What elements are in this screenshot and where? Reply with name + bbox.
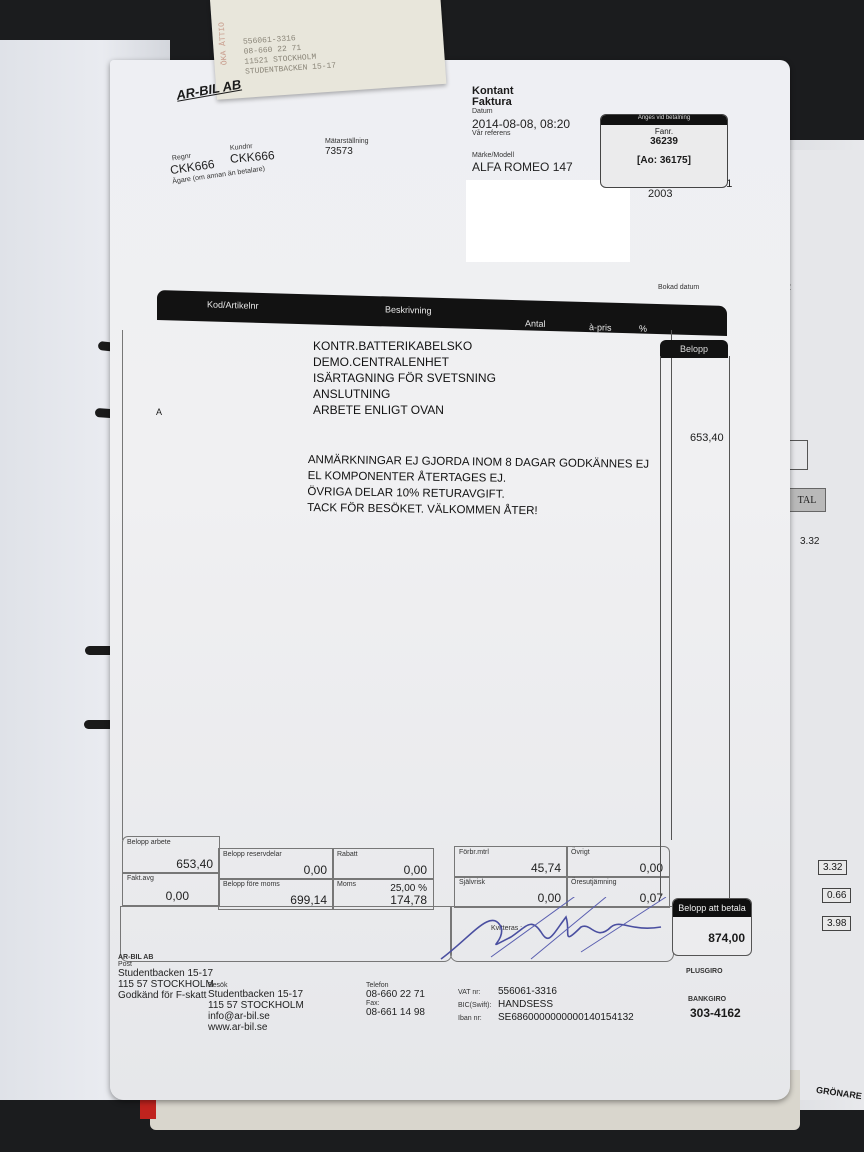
post-label: Post xyxy=(118,961,214,968)
ovrigt-label: Övrigt xyxy=(571,849,590,856)
bg-stamp: GRÖNARE xyxy=(816,1085,863,1101)
fakt-avg-cell: Fakt.avg 0,00 xyxy=(122,872,220,906)
footer-besok: Besök Studentbacken 15-17 115 57 STOCKHO… xyxy=(208,982,304,1033)
belopp-fore-moms-label: Belopp före moms xyxy=(223,881,280,888)
matarstallning-value: 73573 xyxy=(325,146,353,157)
post-line: Studentbacken 15-17 xyxy=(118,968,214,979)
rabatt-cell: Rabatt 0,00 xyxy=(332,848,434,880)
belopp-fore-moms-value: 699,14 xyxy=(290,893,327,907)
footer-bank: VAT nr:556061-3316 BIC(Swift):HANDSESS I… xyxy=(458,986,634,1025)
post-line: 115 57 STOCKHOLM xyxy=(118,979,214,990)
col-kod: Kod/Artikelnr xyxy=(207,299,259,310)
datum-label: Datum xyxy=(472,108,493,115)
besok-line: Studentbacken 15-17 xyxy=(208,989,304,1000)
ovrigt-cell: Övrigt 0,00 xyxy=(566,846,670,878)
besok-line: 115 57 STOCKHOLM xyxy=(208,1000,304,1011)
row-code: A xyxy=(156,407,162,417)
doc-type: Kontant Faktura xyxy=(472,86,514,108)
fanr-header: Anges vid betalning xyxy=(601,115,727,125)
belopp-arbete-label: Belopp arbete xyxy=(127,839,171,846)
col-beskrivning: Beskrivning xyxy=(385,304,432,315)
footer-email[interactable]: info@ar-bil.se xyxy=(208,1011,304,1022)
fax-value: 08-661 14 98 xyxy=(366,1007,425,1018)
fax-label: Fax: xyxy=(366,1000,425,1007)
fakt-avg-value: 0,00 xyxy=(166,889,189,903)
bg-value: 3.32 xyxy=(818,860,847,875)
post-line: Godkänd för F-skatt xyxy=(118,990,214,1001)
belopp-reservdelar-label: Belopp reservdelar xyxy=(223,851,282,858)
marke-value: ALFA ROMEO 147 xyxy=(472,160,573,174)
datum-value: 2014-08-08, 08:20 xyxy=(472,117,570,131)
belopp-reservdelar-cell: Belopp reservdelar 0,00 xyxy=(218,848,334,880)
fanr-box: Anges vid betalning Fanr. 36239 [Ao: 361… xyxy=(600,114,728,188)
rabatt-value: 0,00 xyxy=(404,863,427,877)
belopp-att-betala-value: 874,00 xyxy=(673,917,751,945)
belopp-arbete-value: 653,40 xyxy=(176,857,213,871)
iban-label: Iban nr: xyxy=(458,1013,498,1025)
description-line: ANSLUTNING xyxy=(313,386,496,402)
belopp-reservdelar-value: 0,00 xyxy=(304,863,327,877)
signature xyxy=(431,897,671,967)
bic-value: HANDSESS xyxy=(498,999,553,1010)
belopp-att-betala-box: Belopp att betala 874,00 xyxy=(672,898,752,956)
matarstallning-label: Mätarställning xyxy=(325,138,369,145)
bokad-datum-label: Bokad datum xyxy=(658,284,699,291)
bankgiro-value: 303-4162 xyxy=(690,1006,741,1020)
fakt-avg-label: Fakt.avg xyxy=(127,875,154,882)
description-line: DEMO.CENTRALENHET xyxy=(313,354,496,370)
marke-label: Märke/Modell xyxy=(472,152,514,159)
description-line: ARBETE ENLIGT OVAN xyxy=(313,402,496,418)
rabatt-label: Rabatt xyxy=(337,851,358,858)
signature-box: Kvitteras : xyxy=(450,906,674,962)
oresutjamning-label: Öresutjämning xyxy=(571,879,617,886)
vat-value: 556061-3316 xyxy=(498,986,557,997)
forbr-mtrl-cell: Förbr.mtrl 45,74 xyxy=(454,846,568,878)
bg-value: 0.66 xyxy=(822,888,851,903)
forbr-mtrl-label: Förbr.mtrl xyxy=(459,849,489,856)
arsmodell-value: 2003 xyxy=(648,188,672,200)
moms-label: Moms xyxy=(337,881,356,888)
moms-value: 174,78 xyxy=(390,893,427,907)
description-line: ISÄRTAGNING FÖR SVETSNING xyxy=(313,370,496,386)
receipt-side-text: ÖKA ÅTTIO xyxy=(218,22,230,66)
iban-value: SE6860000000000140154132 xyxy=(498,1012,634,1023)
row-amount: 653,40 xyxy=(690,432,724,444)
doc-type-line2: Faktura xyxy=(472,97,514,108)
fanr-label: Fanr. xyxy=(601,127,727,136)
redacted-area xyxy=(466,180,630,262)
bankgiro-label: BANKGIRO xyxy=(688,996,726,1003)
footer-contact: Telefon 08-660 22 71 Fax: 08-661 14 98 xyxy=(366,982,425,1018)
telefon-value: 08-660 22 71 xyxy=(366,989,425,1000)
bic-label: BIC(Swift): xyxy=(458,1000,498,1012)
ao-value: [Ao: 36175] xyxy=(601,155,727,166)
footer-website[interactable]: www.ar-bil.se xyxy=(208,1022,304,1033)
footer-company: AR-BIL AB xyxy=(118,954,214,961)
footer-post: AR-BIL AB Post Studentbacken 15-17 115 5… xyxy=(118,954,214,1001)
description-line: KONTR.BATTERIKABELSKO xyxy=(313,338,496,354)
bg-value: 3.32 xyxy=(800,536,819,547)
bg-value: 3.98 xyxy=(822,916,851,931)
bg-tal-header: TAL xyxy=(788,488,826,512)
besok-label: Besök xyxy=(208,982,304,989)
description: KONTR.BATTERIKABELSKO DEMO.CENTRALENHET … xyxy=(313,338,496,418)
var-referens-label: Vår referens xyxy=(472,130,511,137)
belopp-att-betala-label: Belopp att betala xyxy=(673,899,751,917)
sjalvrisk-label: Självrisk xyxy=(459,879,485,886)
receipt-slip: ÖKA ÅTTIO 556061-3316 08-660 22 71 11521… xyxy=(210,0,446,100)
plusgiro-label: PLUSGIRO xyxy=(686,968,723,975)
forbr-mtrl-value: 45,74 xyxy=(531,861,561,875)
belopp-arbete-cell: Belopp arbete 653,40 xyxy=(122,836,220,874)
fanr-value: 36239 xyxy=(601,136,727,147)
vat-label: VAT nr: xyxy=(458,987,498,999)
remarks: ANMÄRKNINGAR EJ GJORDA INOM 8 DAGAR GODK… xyxy=(307,452,649,521)
telefon-label: Telefon xyxy=(366,982,425,989)
kundnr-value: CKK666 xyxy=(229,148,275,166)
